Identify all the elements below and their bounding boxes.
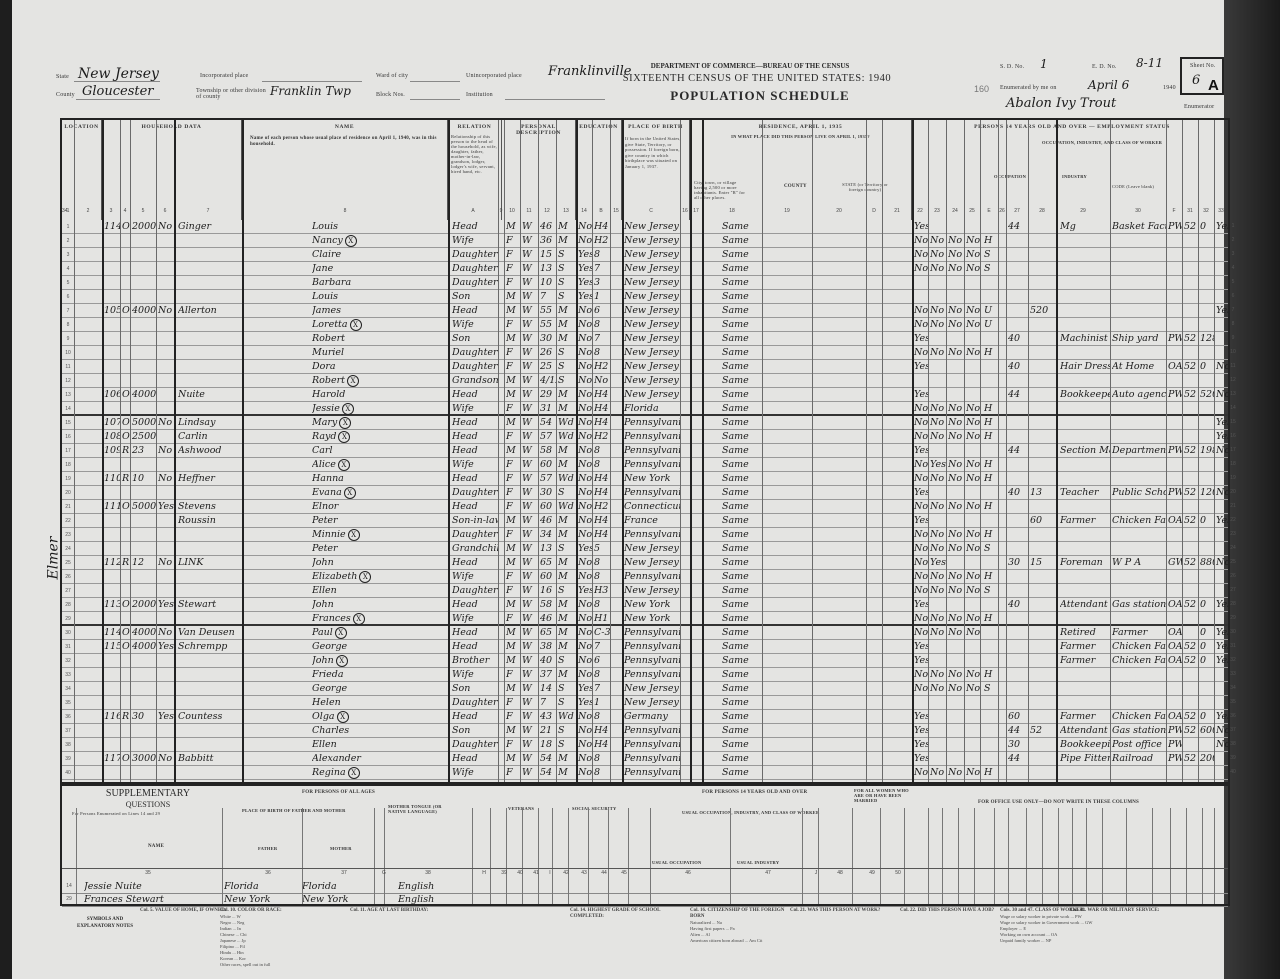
cell-grade: No — [594, 374, 610, 388]
cell-w24: No — [966, 570, 980, 584]
cell-sex: F — [506, 262, 520, 276]
column-number: 22 — [912, 208, 928, 218]
cell-race: W — [522, 346, 538, 360]
cell-age: 54 — [540, 752, 556, 766]
cell-ln: 5 — [62, 276, 74, 290]
cell-age: 54 — [540, 416, 556, 430]
cell-mar: Wd — [558, 416, 576, 430]
cell-age: 58 — [540, 598, 556, 612]
cell-ln: 25 — [62, 556, 74, 570]
supp-column-rule — [628, 808, 629, 904]
cell-age: 43 — [540, 710, 556, 724]
cell-given: George — [312, 640, 448, 654]
cell-rel: Head — [452, 500, 498, 514]
cell-grade: H4 — [594, 220, 610, 234]
cell-res: Same — [722, 500, 762, 514]
table-row: 4JaneDaughterFW13SYes7New JerseySameNoNo… — [62, 262, 1228, 276]
table-row: 8LorettaXWifeFW55MNo8New JerseySameNoNoN… — [62, 318, 1228, 332]
cell-sch: No — [578, 766, 592, 780]
cell-w25: H — [984, 528, 998, 542]
cell-sex: M — [506, 752, 520, 766]
cell-grade: H3 — [594, 584, 610, 598]
institution-label: Institution — [466, 92, 493, 98]
cell-birth: Pennsylvania — [624, 738, 680, 752]
cell-ind: Chicken Farm — [1112, 654, 1166, 668]
cell-surname: Allerton — [178, 304, 242, 318]
informant-mark-icon: X — [336, 655, 348, 667]
cell-hrs: 44 — [1008, 752, 1028, 766]
cell-sex: F — [506, 738, 520, 752]
cell-given: Muriel — [312, 346, 448, 360]
cell-birth: Pennsylvania — [624, 486, 680, 500]
cell-w21: Yes — [914, 598, 928, 612]
sheet-number: 6 — [1192, 73, 1200, 88]
line-number-right: 31 — [1228, 640, 1238, 654]
table-row: 13106O4000NuiteHaroldHeadMW29MNoH4New Je… — [62, 388, 1228, 402]
cell-w22: No — [930, 262, 946, 276]
cell-occ: Bookkeeper — [1060, 388, 1110, 402]
cell-ln: 11 — [62, 360, 74, 374]
table-row: 23MinnieXDaughterFW34MNoH4PennsylvaniaSa… — [62, 528, 1228, 542]
supp-column-number: 42 — [560, 870, 572, 880]
cell-age: 60 — [540, 500, 556, 514]
column-rule — [1110, 120, 1111, 782]
cell-rel: Head — [452, 640, 498, 654]
cell-w21: No — [914, 570, 928, 584]
cell-sex: F — [506, 584, 520, 598]
cell-res: Same — [722, 430, 762, 444]
cell-race: W — [522, 402, 538, 416]
cell-ln: 1 — [62, 220, 74, 234]
cell-oth: No — [1216, 444, 1228, 458]
table-row: 37CharlesSonMW21SNoH4PennsylvaniaSameYes… — [62, 724, 1228, 738]
cell-age: 38 — [540, 640, 556, 654]
cell-w23: No — [948, 346, 964, 360]
cell-sch: No — [578, 514, 592, 528]
all-ages-label: FOR PERSONS OF ALL AGES — [302, 790, 375, 795]
cell-hrs: 44 — [1008, 444, 1028, 458]
cell-occ: Teacher — [1060, 486, 1110, 500]
cell-res: Same — [722, 346, 762, 360]
supp-column-rule — [852, 808, 853, 904]
cell-w24: No — [966, 262, 980, 276]
cell-res: Same — [722, 668, 762, 682]
cell-sex: M — [506, 220, 520, 234]
cell-w21: Yes — [914, 514, 928, 528]
table-row: 12RobertXGrandsonMW4/12SNoNoNew JerseySa… — [62, 374, 1228, 388]
cell-cls: OA — [1168, 598, 1182, 612]
cell-hh: 109 — [104, 444, 120, 458]
cell-birth: Pennsylvania — [624, 752, 680, 766]
supp-column-rule — [538, 808, 539, 904]
line-number-right: 37 — [1228, 724, 1238, 738]
cell-ind: Gas station — [1112, 598, 1166, 612]
cell-given: Alexander — [312, 752, 448, 766]
column-rule — [610, 120, 611, 782]
cell-ind: At Home — [1112, 360, 1166, 374]
note-heading: Col. 16. CITIZENSHIP OF THE FOREIGN BORN — [690, 908, 800, 920]
enumerated-date: April 6 — [1088, 78, 1129, 92]
column-number: 16 — [680, 208, 690, 218]
cell-val: 4000 — [132, 388, 156, 402]
cell-farm: No — [158, 556, 174, 570]
cell-ind: Ship yard — [1112, 332, 1166, 346]
cell-ind: Railroad — [1112, 752, 1166, 766]
cell-w21: No — [914, 542, 928, 556]
cell-wks: 52 — [1184, 220, 1198, 234]
supp-column-rule — [880, 808, 881, 904]
cell-own: O — [122, 626, 130, 640]
table-row: 39117O3000NoBabbittAlexanderHeadMW54MNo8… — [62, 752, 1228, 766]
cell-sex: M — [506, 598, 520, 612]
cell-surname: Roussin — [178, 514, 242, 528]
cell-w23: No — [948, 500, 964, 514]
cell-birth: Pennsylvania — [624, 766, 680, 780]
cell-inc2: 520 — [1030, 304, 1056, 318]
cell-farm: No — [158, 220, 174, 234]
cell-w25: S — [984, 262, 998, 276]
table-row: 33FriedaWifeFW37MNo8PennsylvaniaSameNoNo… — [62, 668, 1228, 682]
cell-inc: 0 — [1200, 710, 1214, 724]
supp-column-number: J — [810, 870, 822, 880]
cell-occ: Foreman — [1060, 556, 1110, 570]
cell-hh: 114 — [104, 220, 120, 234]
cell-sch: No — [578, 318, 592, 332]
cell-grade: 7 — [594, 262, 610, 276]
cell-w22: No — [930, 528, 946, 542]
cell-res: Same — [722, 290, 762, 304]
cell-mar: M — [558, 388, 576, 402]
cell-age: 7 — [540, 696, 556, 710]
cell-ln: 17 — [62, 444, 74, 458]
cell-res: Same — [722, 640, 762, 654]
cell-sex: F — [506, 234, 520, 248]
cell-res: Same — [722, 276, 762, 290]
cell-race: W — [522, 626, 538, 640]
line-number-right: 26 — [1228, 570, 1238, 584]
cell-mar: M — [558, 766, 576, 780]
cell-mar: Wd — [558, 710, 576, 724]
informant-mark-icon: X — [344, 487, 356, 499]
cell-sch: Yes — [578, 262, 592, 276]
cell-res: Same — [722, 318, 762, 332]
table-row: 30114O4000NoVan DeusenPaulXHeadMW65MNoC-… — [62, 626, 1228, 640]
line-number-right: 7 — [1228, 304, 1238, 318]
note-block: Col. 16. CITIZENSHIP OF THE FOREIGN BORN… — [690, 908, 800, 944]
cell-age: 60 — [540, 570, 556, 584]
cell-occ: Hair Dresser — [1060, 360, 1110, 374]
cell-res: Same — [722, 248, 762, 262]
cell-race: W — [522, 724, 538, 738]
cell-mar: Wd — [558, 430, 576, 444]
cell-w25: H — [984, 668, 998, 682]
column-rule — [1056, 120, 1058, 782]
cell-w25: S — [984, 248, 998, 262]
cell-rel: Son — [452, 724, 498, 738]
line-number-right: 5 — [1228, 276, 1238, 290]
supp-column-rule — [568, 808, 569, 904]
cell-hrs: 30 — [1008, 556, 1028, 570]
line-number-right: 4 — [1228, 262, 1238, 276]
cell-w22: No — [930, 542, 946, 556]
township-value: Franklin Twp — [270, 84, 351, 98]
column-rule — [102, 120, 104, 782]
cell-wks: 52 — [1184, 654, 1198, 668]
cell-cls: PW — [1168, 738, 1182, 752]
cell-cls: PW — [1168, 486, 1182, 500]
cell-race: W — [522, 276, 538, 290]
cell-own: R — [122, 472, 130, 486]
cell-wks: 52 — [1184, 752, 1198, 766]
cell-w25: S — [984, 584, 998, 598]
cell-rel: Head — [452, 304, 498, 318]
cell-race: W — [522, 766, 538, 780]
supp-mother-birthplace: Florida — [302, 880, 382, 893]
cell-res: Same — [722, 598, 762, 612]
cell-surname: Babbitt — [178, 752, 242, 766]
cell-w23: No — [948, 668, 964, 682]
cell-w21: No — [914, 584, 928, 598]
cell-surname: Stewart — [178, 598, 242, 612]
note-item: Other races, spell out in full — [220, 962, 330, 968]
cell-birth: New Jersey — [624, 318, 680, 332]
cell-wks: 52 — [1184, 388, 1198, 402]
cell-inc: 520 — [1200, 388, 1214, 402]
cell-res: Same — [722, 332, 762, 346]
cell-wks: 52 — [1184, 514, 1198, 528]
cell-sch: No — [578, 752, 592, 766]
cell-inc2: 13 — [1030, 486, 1056, 500]
cell-race: W — [522, 220, 538, 234]
supp-column-rule — [818, 808, 819, 904]
informant-mark-icon: X — [337, 711, 349, 723]
cell-given: JohnX — [312, 654, 448, 668]
table-row: 18AliceXWifeFW60MNo8PennsylvaniaSameNoYe… — [62, 458, 1228, 472]
cell-rel: Daughter — [452, 248, 498, 262]
supp-column-rule — [76, 808, 77, 904]
cell-rel: Wife — [452, 234, 498, 248]
cell-rel: Daughter — [452, 584, 498, 598]
cell-sex: F — [506, 766, 520, 780]
colgroup-name: NAME Name of each person whose usual pla… — [242, 120, 448, 220]
cell-sex: F — [506, 402, 520, 416]
enumerator-label: Enumerator — [1184, 104, 1214, 110]
cell-res: Same — [722, 444, 762, 458]
supplementary-section: SUPPLEMENTARY QUESTIONS For Persons Enum… — [60, 784, 1230, 906]
cell-res: Same — [722, 710, 762, 724]
cell-surname: Lindsay — [178, 416, 242, 430]
cell-mar: M — [558, 402, 576, 416]
cell-ln: 12 — [62, 374, 74, 388]
cell-birth: New York — [624, 598, 680, 612]
cell-ln: 14 — [62, 402, 74, 416]
note-block: Col. 14. HIGHEST GRADE OF SCHOOL COMPLET… — [570, 908, 680, 920]
column-number: 10 — [504, 208, 520, 218]
cell-w21: No — [914, 612, 928, 626]
cell-sch: Yes — [578, 542, 592, 556]
cell-cls: OA — [1168, 360, 1182, 374]
cell-oth: Yes — [1216, 710, 1228, 724]
cell-res: Same — [722, 402, 762, 416]
cell-w22: Yes — [930, 458, 946, 472]
cell-w21: Yes — [914, 738, 928, 752]
cell-sch: No — [578, 556, 592, 570]
cell-grade: H2 — [594, 430, 610, 444]
cell-w22: No — [930, 766, 946, 780]
cell-res: Same — [722, 374, 762, 388]
column-number: 13 — [556, 208, 576, 218]
state-value: New Jersey — [78, 66, 159, 82]
column-rule — [762, 120, 763, 782]
cell-mar: S — [558, 374, 576, 388]
cell-val: 4000 — [132, 304, 156, 318]
cell-sch: Yes — [578, 696, 592, 710]
line-number-right: 2 — [1228, 234, 1238, 248]
cell-sex: M — [506, 724, 520, 738]
cell-ind: Public School — [1112, 486, 1166, 500]
cell-race: W — [522, 248, 538, 262]
cell-w23: No — [948, 416, 964, 430]
table-row: 2NancyXWifeFW36MNoH2New JerseySameNoNoNo… — [62, 234, 1228, 248]
cell-ind: Gas station — [1112, 724, 1166, 738]
cell-rel: Head — [452, 388, 498, 402]
cell-ln: 9 — [62, 332, 74, 346]
line-number-right: 10 — [1228, 346, 1238, 360]
line-number-right: 19 — [1228, 472, 1238, 486]
cell-inc: 0 — [1200, 598, 1214, 612]
cell-hrs: 44 — [1008, 388, 1028, 402]
informant-mark-icon: X — [353, 613, 365, 625]
column-number: 14 — [576, 208, 592, 218]
cell-w21: Yes — [914, 752, 928, 766]
line-number-right: 22 — [1228, 514, 1238, 528]
supp-column-number: 37 — [338, 870, 350, 880]
cell-grade: H2 — [594, 500, 610, 514]
line-number-right: 14 — [1228, 402, 1238, 416]
cell-ln: 29 — [62, 612, 74, 626]
cell-age: 4/12 — [540, 374, 556, 388]
cell-hrs: 40 — [1008, 486, 1028, 500]
note-block: Col. 41. WAR OR MILITARY SERVICE: — [1070, 908, 1180, 914]
cell-ind: W P A — [1112, 556, 1166, 570]
supp-column-rule — [1186, 808, 1187, 904]
cell-sch: No — [578, 598, 592, 612]
cell-grade: H1 — [594, 612, 610, 626]
cell-own: O — [122, 304, 130, 318]
cell-sex: F — [506, 318, 520, 332]
cell-rel: Wife — [452, 458, 498, 472]
cell-rel: Head — [452, 710, 498, 724]
table-row: 27EllenDaughterFW16SYesH3New JerseySameN… — [62, 584, 1228, 598]
column-number: 28 — [1028, 208, 1056, 218]
cell-hh: 115 — [104, 640, 120, 654]
cell-sex: F — [506, 500, 520, 514]
cell-rel: Daughter — [452, 360, 498, 374]
column-number: 34 — [62, 208, 68, 218]
supp-column-rule — [384, 808, 385, 904]
cell-w25: H — [984, 458, 998, 472]
line-number-right: 28 — [1228, 598, 1238, 612]
cell-age: 29 — [540, 388, 556, 402]
cell-sex: F — [506, 458, 520, 472]
cell-birth: New Jersey — [624, 346, 680, 360]
cell-race: W — [522, 290, 538, 304]
column-number: 32 — [1198, 208, 1214, 218]
cell-w21: No — [914, 472, 928, 486]
cell-age: 40 — [540, 654, 556, 668]
cell-birth: New York — [624, 472, 680, 486]
cell-ind: Chicken Farm — [1112, 640, 1166, 654]
cell-sch: No — [578, 332, 592, 346]
cell-rel: Grandchild — [452, 542, 498, 556]
cell-w24: No — [966, 500, 980, 514]
cell-cls: OA — [1168, 654, 1182, 668]
supp-name: Frances Stewart — [84, 893, 224, 906]
table-row: 1114O2000NoGingerLouisHeadMW46MNoH4New J… — [62, 220, 1228, 234]
cell-wks: 52 — [1184, 640, 1198, 654]
cell-given: Barbara — [312, 276, 448, 290]
cell-val: 12 — [132, 556, 156, 570]
cell-w21: No — [914, 556, 928, 570]
cell-surname: Ginger — [178, 220, 242, 234]
cell-w21: No — [914, 458, 928, 472]
cell-race: W — [522, 528, 538, 542]
cell-w24: No — [966, 528, 980, 542]
cell-ln: 6 — [62, 290, 74, 304]
cell-res: Same — [722, 584, 762, 598]
column-number: 12 — [538, 208, 556, 218]
cell-hh: 108 — [104, 430, 120, 444]
cell-val: 30 — [132, 710, 156, 724]
cell-given: Jane — [312, 262, 448, 276]
cell-w21: No — [914, 682, 928, 696]
cell-mar: M — [558, 332, 576, 346]
line-number-right: 11 — [1228, 360, 1238, 374]
cell-ln: 22 — [62, 514, 74, 528]
cell-surname: LINK — [178, 556, 242, 570]
cell-w22: No — [930, 304, 946, 318]
supp-column-rule — [522, 808, 523, 904]
cell-sch: No — [578, 458, 592, 472]
supp-name: Jessie Nuite — [84, 880, 224, 893]
cell-sch: Yes — [578, 584, 592, 598]
cell-age: 16 — [540, 584, 556, 598]
column-number: 11 — [520, 208, 538, 218]
column-number: 8 — [242, 208, 448, 218]
column-number: 20 — [812, 208, 866, 218]
cell-given: RaydX — [312, 430, 448, 444]
cell-oth: No — [1216, 388, 1228, 402]
cell-sex: F — [506, 472, 520, 486]
note-heading: Col. 11. AGE AT LAST BIRTHDAY: — [350, 908, 460, 914]
cell-occ: Farmer — [1060, 640, 1110, 654]
cell-occ: Mg — [1060, 220, 1110, 234]
cell-given: ReginaX — [312, 766, 448, 780]
column-number: 33 — [1214, 208, 1228, 218]
cell-hh: 116 — [104, 710, 120, 724]
line-number-right: 24 — [1228, 542, 1238, 556]
cell-surname: Ashwood — [178, 444, 242, 458]
cell-sch: No — [578, 640, 592, 654]
table-row: 32JohnXBrotherMW40SNo6PennsylvaniaSameYe… — [62, 654, 1228, 668]
cell-w21: Yes — [914, 220, 928, 234]
cell-inc: 600 — [1200, 724, 1214, 738]
column-rule — [498, 120, 499, 782]
cell-given: Louis — [312, 290, 448, 304]
cell-sex: M — [506, 374, 520, 388]
cell-w23: No — [948, 542, 964, 556]
cell-inc2: 52 — [1030, 724, 1056, 738]
